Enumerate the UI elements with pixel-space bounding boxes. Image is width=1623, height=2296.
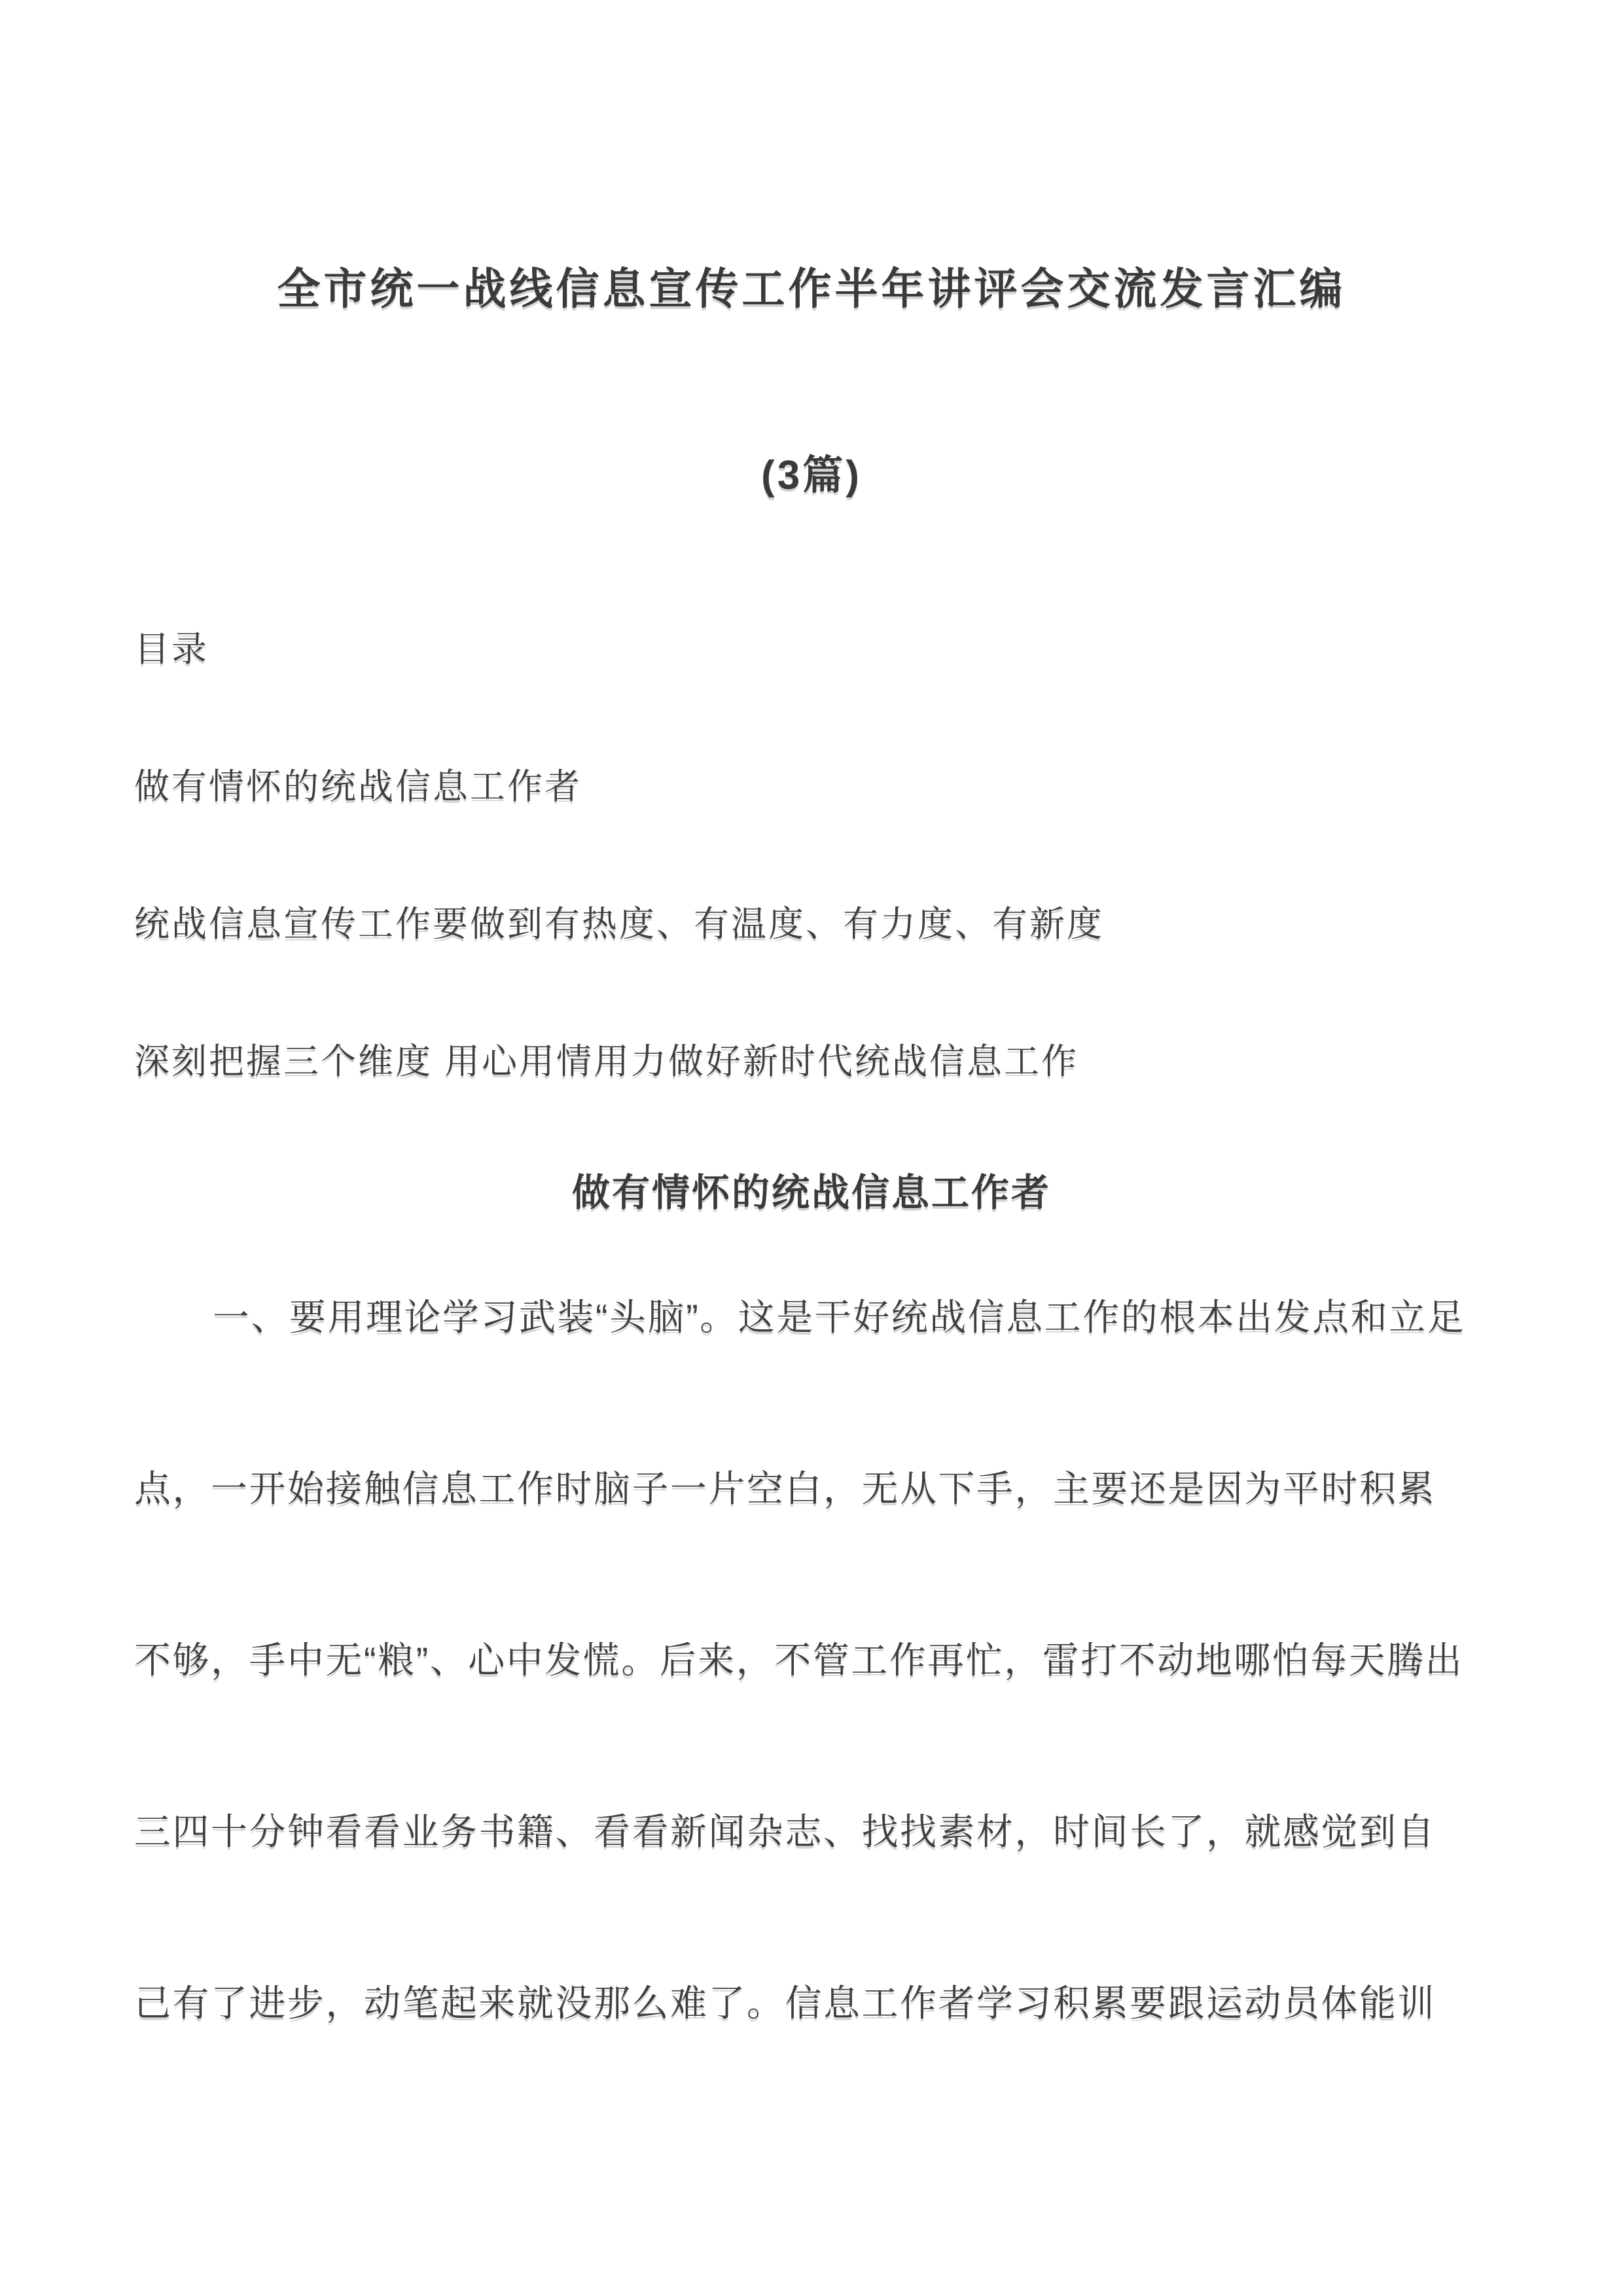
body-line: 己有了进步，动笔起来就没那么难了。信息工作者学习积累要跟运动员体能训 [134, 1918, 1489, 2089]
body-paragraph: 一、要用理论学习武装“头脑”。这是干好统战信息工作的根本出发点和立足 点，一开始… [134, 1232, 1489, 2089]
body-line: 一、要用理论学习武装“头脑”。这是干好统战信息工作的根本出发点和立足 [134, 1232, 1489, 1403]
section-heading: 做有情怀的统战信息工作者 [0, 1170, 1623, 1216]
document-title: 全市统一战线信息宣传工作半年讲评会交流发言汇编 [0, 263, 1623, 315]
document-page: 全市统一战线信息宣传工作半年讲评会交流发言汇编 (3篇) 目录 做有情怀的统战信… [0, 0, 1623, 2296]
body-line: 点，一开始接触信息工作时脑子一片空白，无从下手，主要还是因为平时积累 [134, 1403, 1489, 1575]
toc-label: 目录 [134, 581, 1489, 718]
body-line: 不够，手中无“粮”、心中发慌。后来，不管工作再忙，雷打不动地哪怕每天腾出 [134, 1575, 1489, 1746]
toc-item: 做有情怀的统战信息工作者 [134, 718, 1489, 855]
piece-count: (3篇) [0, 452, 1623, 500]
table-of-contents: 目录 做有情怀的统战信息工作者 统战信息宣传工作要做到有热度、有温度、有力度、有… [134, 581, 1489, 1130]
toc-item: 深刻把握三个维度 用心用情用力做好新时代统战信息工作 [134, 993, 1489, 1130]
body-line: 三四十分钟看看业务书籍、看看新闻杂志、找找素材，时间长了，就感觉到自 [134, 1746, 1489, 1918]
toc-item: 统战信息宣传工作要做到有热度、有温度、有力度、有新度 [134, 855, 1489, 993]
